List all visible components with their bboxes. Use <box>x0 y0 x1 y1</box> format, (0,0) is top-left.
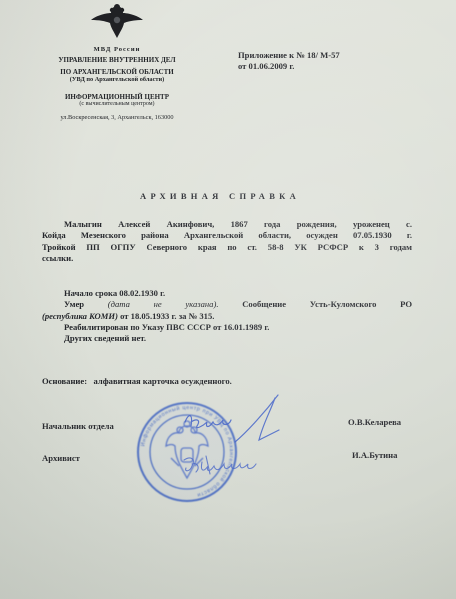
no-other-info: Других сведений нет. <box>42 333 412 344</box>
dept-line-1: УПРАВЛЕНИЕ ВНУТРЕННИХ ДЕЛ <box>52 57 182 65</box>
died-label: Умер <box>64 299 84 309</box>
signer-role-head: Начальник отдела <box>42 421 114 431</box>
dept-line-2: ПО АРХАНГЕЛЬСКОЙ ОБЛАСТИ <box>52 69 182 77</box>
message-line: (республика КОМИ) от 18.05.1933 г. за № … <box>42 311 412 322</box>
document-title: АРХИВНАЯ СПРАВКА <box>140 191 300 201</box>
signer-name-archivist: И.А.Бутина <box>352 450 397 460</box>
para1-line2: Койда Мезенского района Архангельской об… <box>42 230 412 241</box>
basis-label: Основание: <box>42 376 87 386</box>
mvd-eagle-emblem-icon <box>89 2 145 40</box>
basis-text: алфавитная карточка осужденного. <box>94 376 232 386</box>
official-stamp-icon: Информационный центр при УВД по Архангел… <box>135 400 239 504</box>
para1-line3: Тройкой ПП ОГПУ Северного края по ст. 58… <box>42 242 412 253</box>
letterhead: МВД России УПРАВЛЕНИЕ ВНУТРЕННИХ ДЕЛ ПО … <box>52 2 182 121</box>
subject-paragraph: Малыгин Алексей Акинфович, 1867 года рож… <box>42 219 412 264</box>
signer-role-archivist: Архивист <box>42 453 80 463</box>
attachment-reference: Приложение к № 18/ М-57 от 01.06.2009 г. <box>238 50 340 72</box>
death-line: Умер (дата не указана). Сообщение Усть-К… <box>42 299 412 310</box>
info-center-name: ИНФОРМАЦИОННЫЙ ЦЕНТР <box>52 93 182 101</box>
term-start: Начало срока 08.02.1930 г. <box>42 288 412 299</box>
document-page: МВД России УПРАВЛЕНИЕ ВНУТРЕННИХ ДЕЛ ПО … <box>0 0 456 599</box>
para1-line4: ссылки. <box>42 253 412 264</box>
org-short-name: МВД России <box>52 46 182 53</box>
address: ул.Воскресенская, 3, Архангельск, 163000 <box>52 114 182 121</box>
dept-line-3: (УВД по Архангельской области) <box>52 76 182 83</box>
republic-note: (республика КОМИ) <box>42 311 118 321</box>
message-date: от 18.05.1933 г. за № 315. <box>120 311 214 321</box>
died-date-note: (дата не указана). <box>108 299 219 309</box>
attachment-number: Приложение к № 18/ М-57 <box>238 50 340 61</box>
signer-name-head: О.В.Келарева <box>348 417 401 427</box>
rehabilitation: Реабилитирован по Указу ПВС СССР от 16.0… <box>42 322 412 333</box>
basis-line: Основание: алфавитная карточка осужденно… <box>42 376 232 386</box>
para1-line1: Малыгин Алексей Акинфович, 1867 года рож… <box>42 219 412 230</box>
message-source: Сообщение Усть-Куломского РО <box>242 299 412 309</box>
info-center-sub: (с вычислительным центром) <box>52 101 182 108</box>
attachment-date: от 01.06.2009 г. <box>238 61 340 72</box>
details-paragraph: Начало срока 08.02.1930 г. Умер (дата не… <box>42 288 412 344</box>
